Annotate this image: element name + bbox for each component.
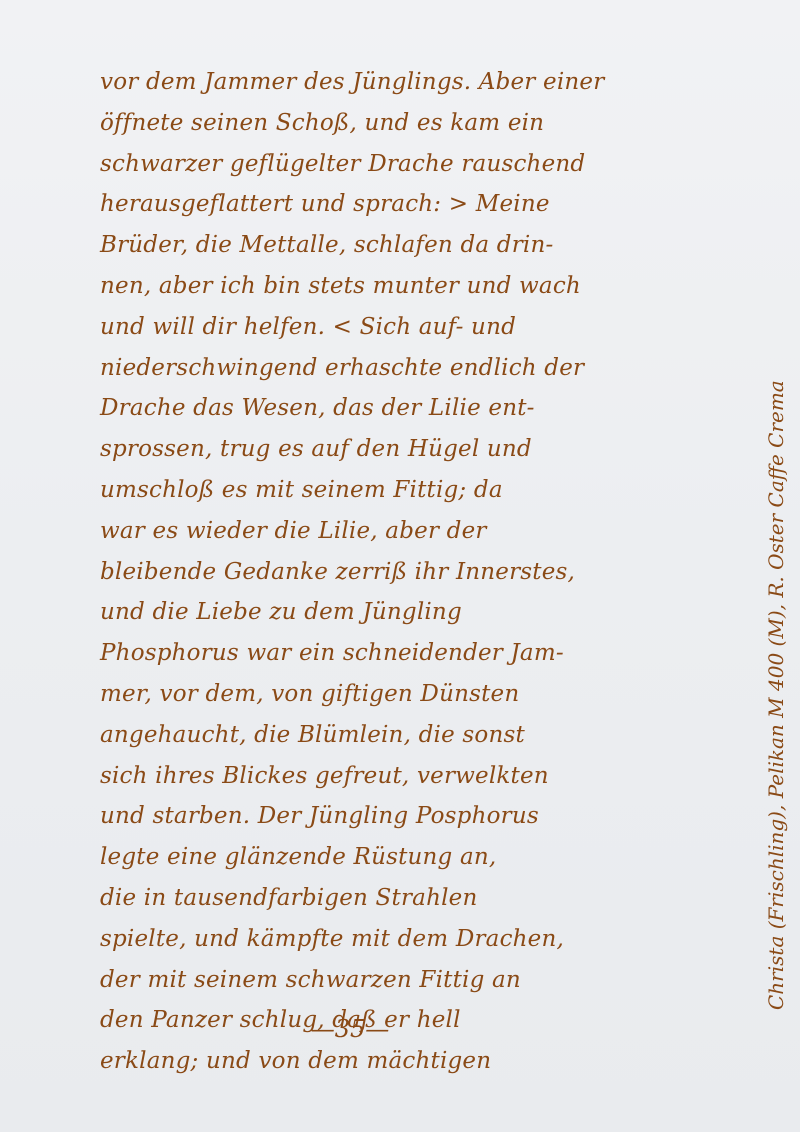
text-line: herausgeflattert und sprach: > Meine xyxy=(100,184,730,225)
text-line: umschloß es mit seinem Fittig; da xyxy=(100,470,730,511)
text-line: öffnete seinen Schoß, und es kam ein xyxy=(100,103,730,144)
text-line: schwarzer geflügelter Drache rauschend xyxy=(100,144,730,185)
text-line: erklang; und von dem mächtigen xyxy=(100,1041,730,1082)
text-line: niederschwingend erhaschte endlich der xyxy=(100,348,730,389)
handwritten-body-text: vor dem Jammer des Jünglings. Aber einer… xyxy=(100,62,730,1082)
text-line: Brüder, die Mettalle, schlafen da drin- xyxy=(100,225,730,266)
vertical-margin-note: Christa (Frischling), Pelikan M 400 (M),… xyxy=(762,50,790,1010)
text-line: und starben. Der Jüngling Posphorus xyxy=(100,796,730,837)
text-line: mer, vor dem, von giftigen Dünsten xyxy=(100,674,730,715)
handwritten-page: vor dem Jammer des Jünglings. Aber einer… xyxy=(0,0,800,1132)
text-line: die in tausendfarbigen Strahlen xyxy=(100,878,730,919)
text-line: war es wieder die Lilie, aber der xyxy=(100,511,730,552)
text-line: und die Liebe zu dem Jüngling xyxy=(100,592,730,633)
text-line: Phosphorus war ein schneidender Jam- xyxy=(100,633,730,674)
text-line: sich ihres Blickes gefreut, verwelkten xyxy=(100,756,730,797)
text-line: bleibende Gedanke zerriß ihr Innerstes, xyxy=(100,552,730,593)
text-line: und will dir helfen. < Sich auf- und xyxy=(100,307,730,348)
text-line: spielte, und kämpfte mit dem Drachen, xyxy=(100,919,730,960)
text-line: Drache das Wesen, das der Lilie ent- xyxy=(100,388,730,429)
text-line: vor dem Jammer des Jünglings. Aber einer xyxy=(100,62,730,103)
text-line: nen, aber ich bin stets munter und wach xyxy=(100,266,730,307)
text-line: angehaucht, die Blümlein, die sonst xyxy=(100,715,730,756)
page-number: —35— xyxy=(0,1015,700,1043)
text-line: der mit seinem schwarzen Fittig an xyxy=(100,960,730,1001)
text-line: legte eine glänzende Rüstung an, xyxy=(100,837,730,878)
text-line: sprossen, trug es auf den Hügel und xyxy=(100,429,730,470)
